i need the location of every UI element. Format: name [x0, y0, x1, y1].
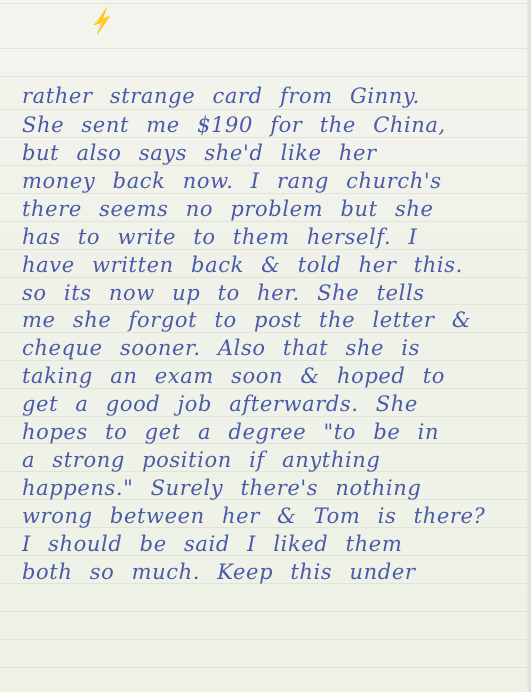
ruled-line — [0, 332, 531, 333]
ruled-line — [0, 221, 531, 222]
handwritten-line: I should be said I liked them — [22, 532, 517, 556]
ruled-line — [0, 137, 531, 138]
ruled-line — [0, 611, 531, 612]
ruled-line — [0, 360, 531, 361]
handwritten-line: cheque sooner. Also that she is — [22, 336, 517, 360]
corner-pencil-mark-icon: ⚡ — [85, 6, 117, 36]
handwritten-line: there seems no problem but she — [22, 197, 517, 221]
handwritten-line: She sent me $190 for the China, — [22, 113, 517, 137]
ruled-line — [0, 416, 531, 417]
ruled-line — [0, 277, 531, 278]
handwritten-line: a strong position if anything — [22, 448, 517, 472]
handwritten-line: both so much. Keep this under — [22, 560, 517, 584]
ruled-line — [0, 639, 531, 640]
paper-top-edge — [0, 3, 531, 4]
handwritten-line: get a good job afterwards. She — [22, 392, 517, 416]
handwritten-line: me she forgot to post the letter & — [22, 308, 517, 332]
ruled-line — [0, 109, 531, 110]
handwritten-line: but also says she'd like her — [22, 141, 517, 165]
ruled-line — [0, 76, 531, 77]
handwritten-line: hopes to get a degree "to be in — [22, 420, 517, 444]
handwritten-line: wrong between her & Tom is there? — [22, 504, 517, 528]
handwritten-line: rather strange card from Ginny. — [22, 84, 517, 108]
handwritten-line: money back now. I rang church's — [22, 169, 517, 193]
ruled-line — [0, 165, 531, 166]
letter-page: ⚡ rather strange card from Ginny. She se… — [0, 0, 531, 692]
handwritten-line: happens." Surely there's nothing — [22, 476, 517, 500]
handwritten-line: has to write to them herself. I — [22, 225, 517, 249]
ruled-line — [0, 48, 531, 49]
ruled-line — [0, 193, 531, 194]
paper-right-edge — [527, 0, 531, 692]
ruled-line — [0, 667, 531, 668]
handwritten-line: so its now up to her. She tells — [22, 281, 517, 305]
handwritten-line: taking an exam soon & hoped to — [22, 364, 517, 388]
handwritten-line: have written back & told her this. — [22, 253, 517, 277]
ruled-line — [0, 388, 531, 389]
ruled-line — [0, 249, 531, 250]
